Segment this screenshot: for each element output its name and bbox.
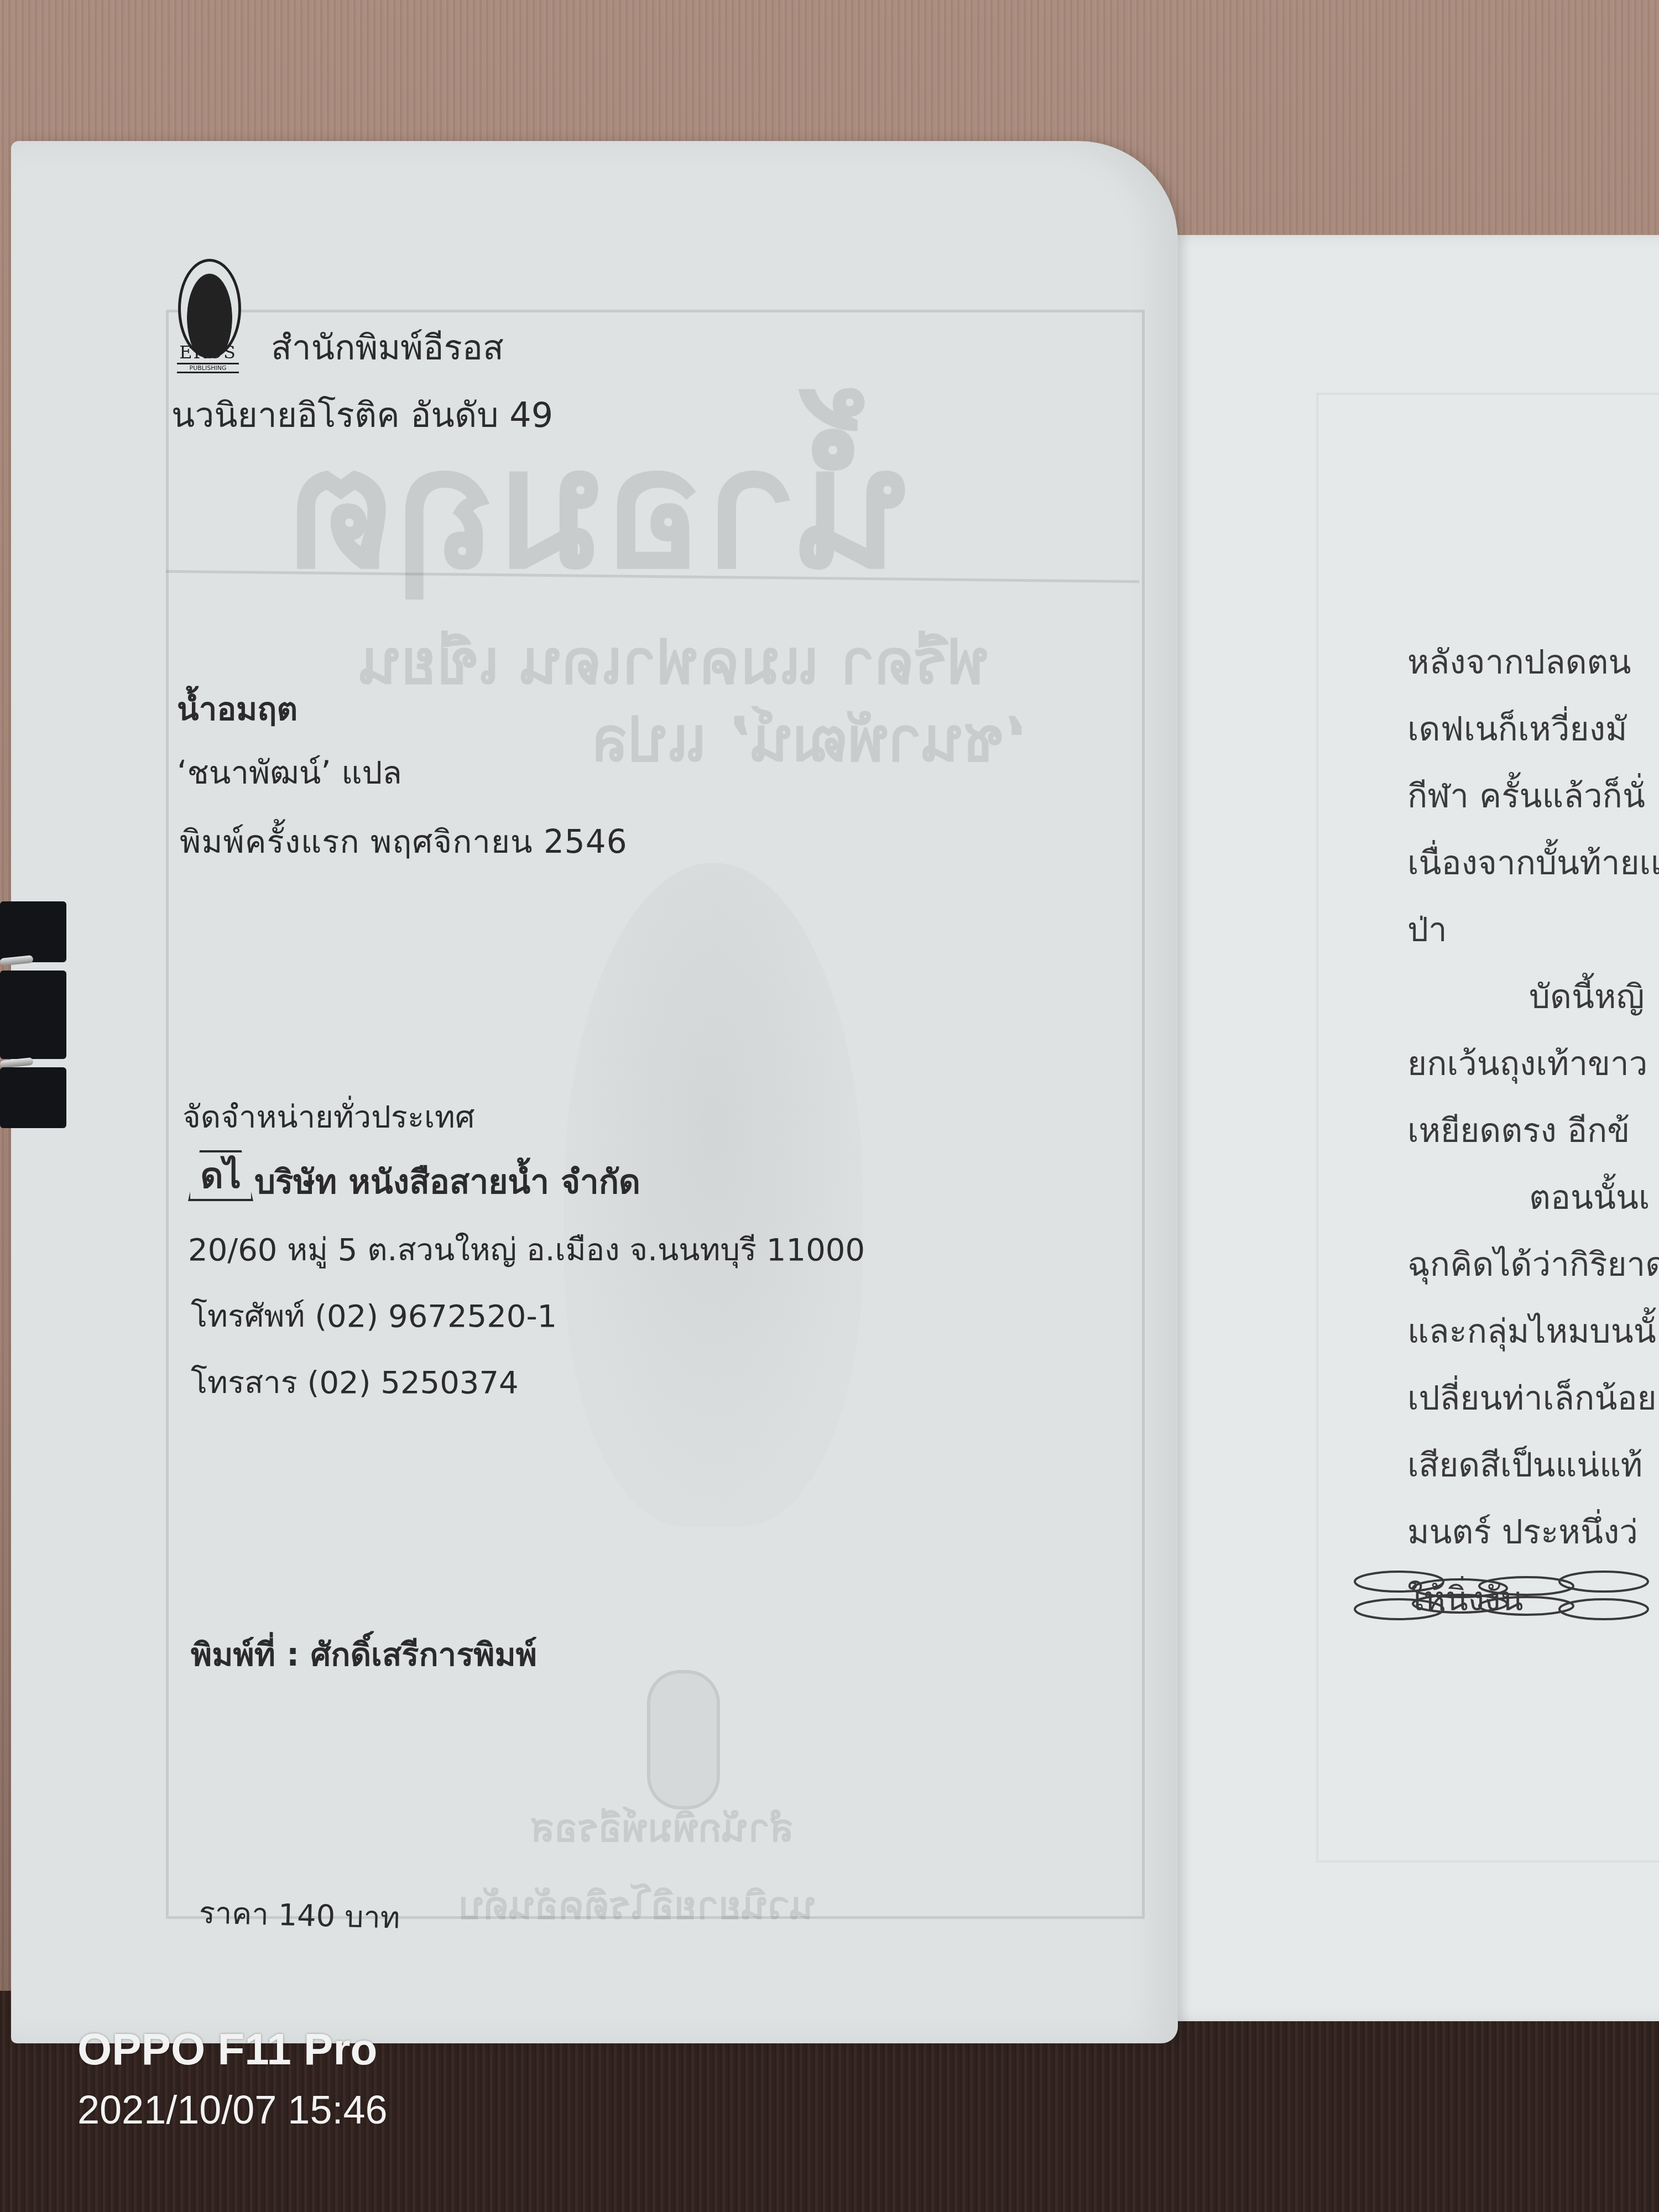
right-page-line: เปลี่ยนท่าเล็กน้อย [1407,1372,1657,1425]
translator: ‘ชนาพัฒน์’ แปล [177,747,402,798]
distributor-phone: โทรศัพท์ (02) 9672520-1 [191,1291,557,1340]
series-number: นวนิยายอิโรติค อันดับ 49 [171,388,553,442]
distributor-name: บริษัท หนังสือสายน้ำ จำกัด [254,1156,640,1208]
show-through-emblem-icon [647,1670,720,1809]
first-print-date: พิมพ์ครั้งแรก พฤศจิกายน 2546 [180,816,628,867]
right-page-line: หลังจากปลดตน [1407,636,1631,688]
distributor-fax: โทรสาร (02) 5250374 [191,1358,519,1407]
logo-wordmark: EROS [176,342,240,363]
right-page-line: มนตร์ ประหนึ่งว่ [1407,1506,1638,1558]
show-through-bottom-line2: นวนิยายอิโรติคอันดับ [459,1875,816,1936]
eros-publishing-logo: EROS PUBLISHING [176,259,240,375]
ornament-divider-icon [1349,1559,1659,1626]
distribution-label: จัดจำหน่ายทั่วประเทศ [182,1092,475,1141]
right-page-line: ตอนนั้นเ [1529,1171,1650,1224]
distributor-address: 20/60 หมู่ 5 ต.สวนใหญ่ อ.เมือง จ.นนทบุรี… [188,1225,865,1274]
camera-datetime-watermark: 2021/10/07 15:46 [77,2088,388,2133]
clip-segment [0,901,66,962]
clip-segment [0,1067,66,1128]
binder-clip-icon [0,868,69,1327]
publisher-name: สำนักพิมพ์อีรอส [271,321,504,375]
price: ราคา 140 บาท [199,1888,401,1941]
book-title: น้ำอมฤต [177,683,298,734]
right-page-line: ยกเว้นถุงเท้าขาว [1407,1037,1647,1090]
show-through-translator: ‘ชนาพัฒน์’ แปล [592,691,1028,787]
right-page-line: เสียดสีเป็นแน่แท้ [1407,1439,1642,1491]
logo-subtext: PUBLISHING [177,363,239,373]
printer: พิมพ์ที่ : ศักดิ์เสรีการพิมพ์ [191,1629,537,1680]
right-page-line: เหยียดตรง อีกข้ [1407,1104,1630,1157]
right-page-line: เนื่องจากบั้นท้ายเเ [1407,837,1659,889]
right-page-line: ป่า [1407,904,1447,956]
right-page-line: เดฟเนก็เหวี่ยงมั [1407,703,1627,755]
right-page-line: และกลุ่มไหมบนนั้ [1407,1305,1656,1358]
show-through-bottom-line1: สำนักพิมพ์อีรอส [531,1797,794,1859]
camera-model-watermark: OPPO F11 Pro [77,2024,377,2075]
right-page-line: กีฬา ครั้นแล้วก็นั่ [1407,770,1645,822]
right-page-line: ฉุกคิดได้ว่ากิริยาด [1407,1238,1659,1291]
clip-segment [0,971,66,1059]
right-page-line: บัดนี้หญิ [1529,971,1645,1023]
